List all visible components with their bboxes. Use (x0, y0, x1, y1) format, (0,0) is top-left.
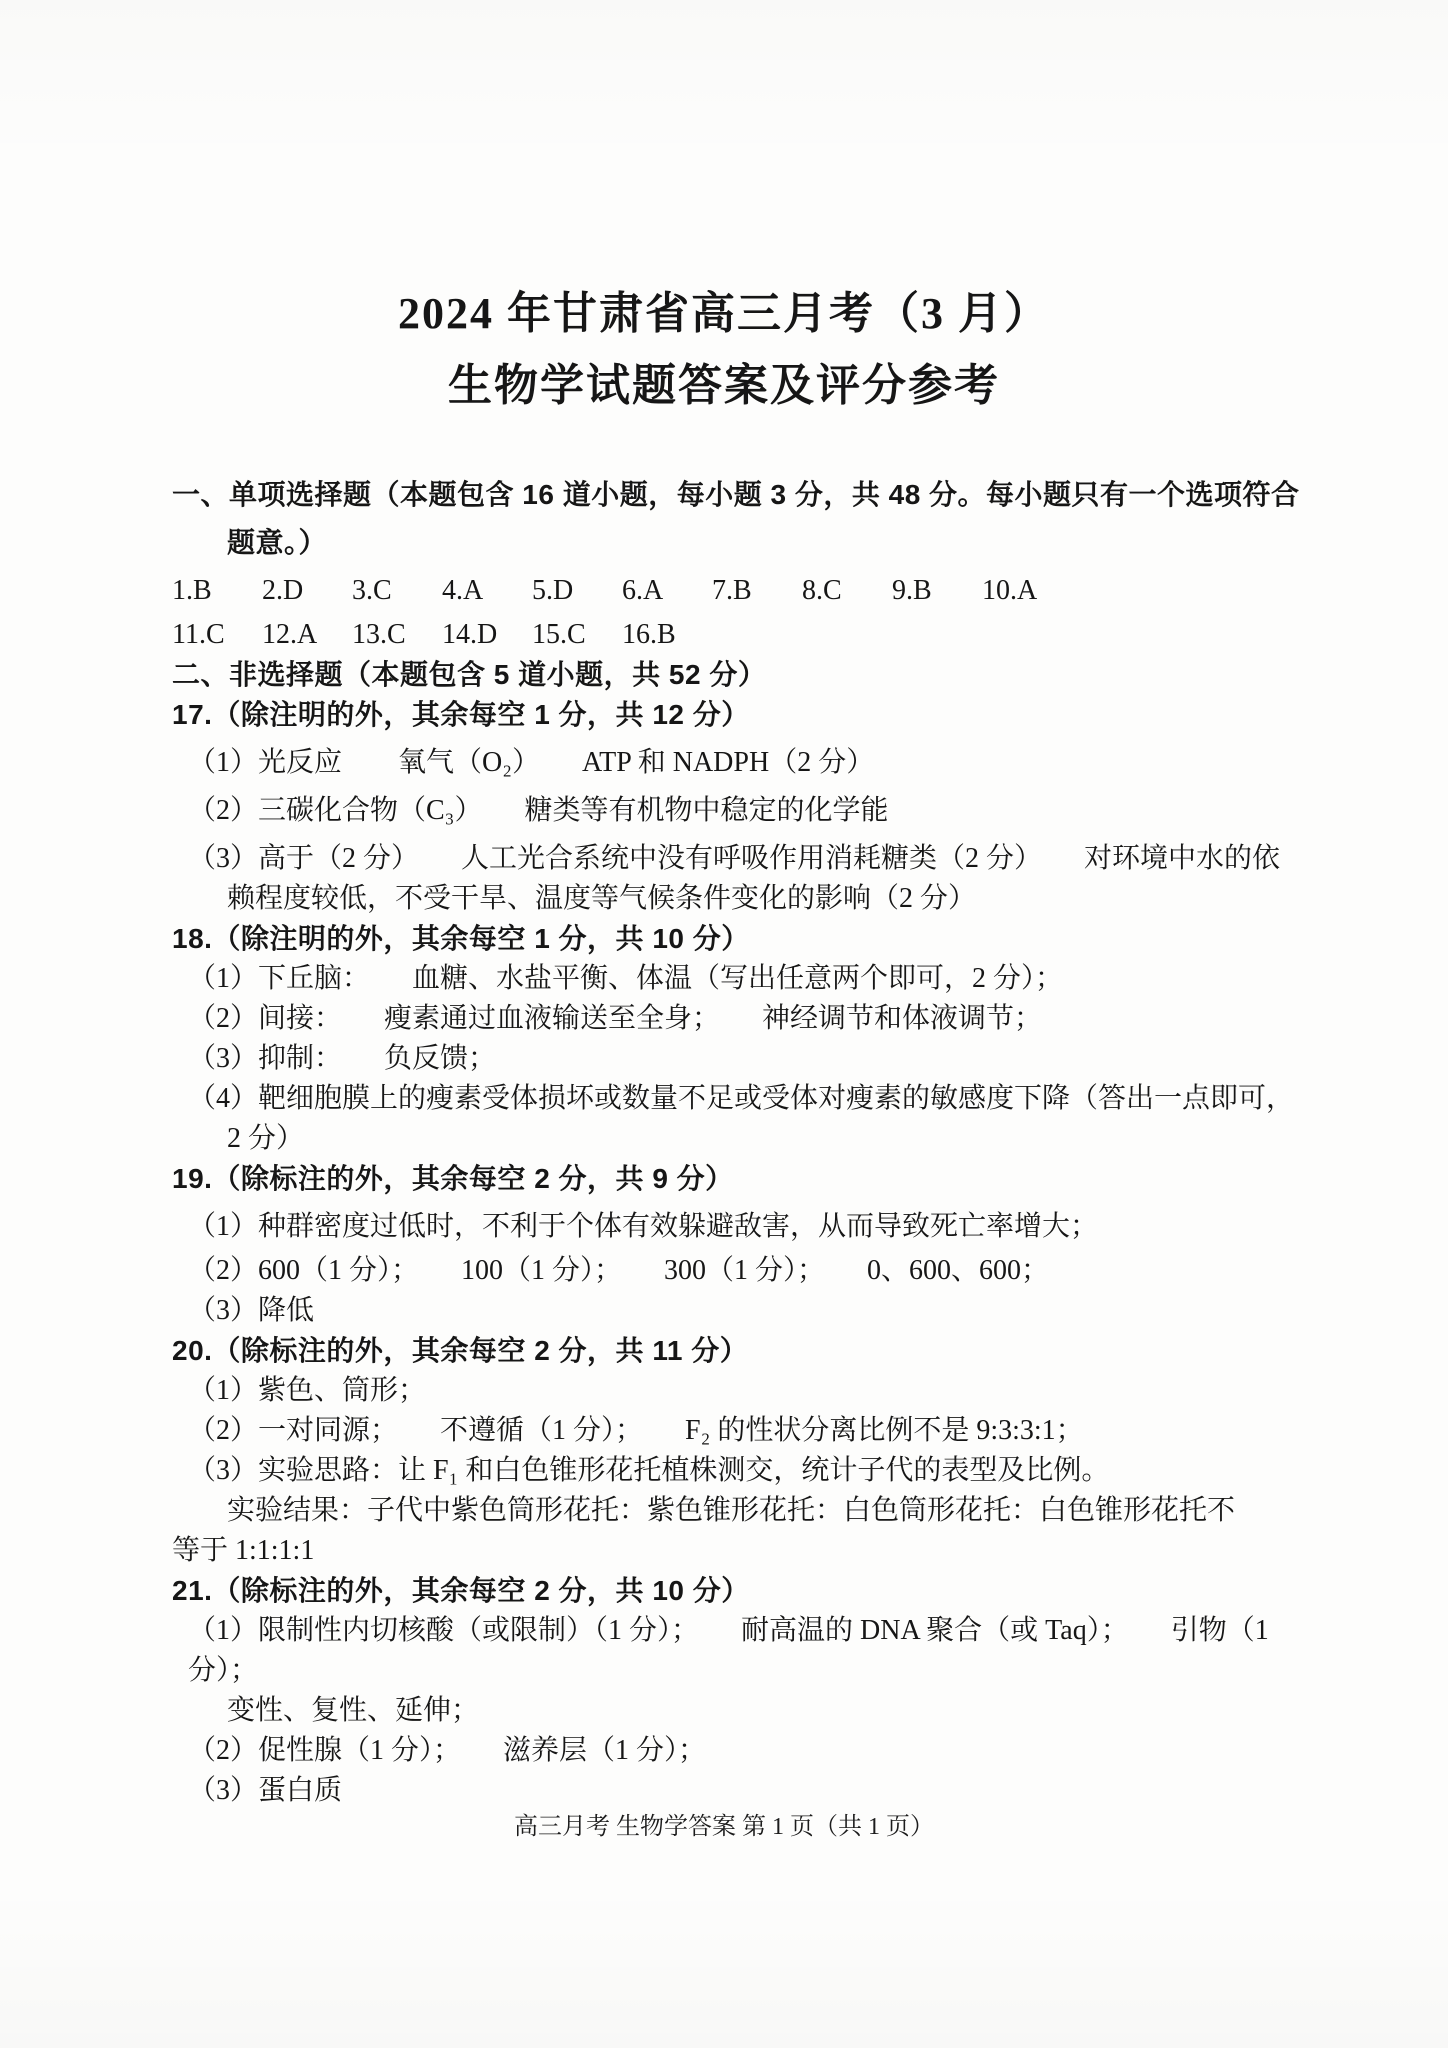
page-footer: 高三月考 生物学答案 第 1 页（共 1 页） (0, 1806, 1448, 1841)
scanned-answer-sheet-page: 2024 年甘肃省高三月考（3 月） 生物学试题答案及评分参考 一、单项选择题（… (0, 0, 1448, 2048)
q19-item-3: （3）降低 (188, 1291, 1328, 1331)
q20-header: 20.（除标注的外，其余每空 2 分，共 11 分） (172, 1331, 1312, 1371)
answer-body: 一、单项选择题（本题包含 16 道小题，每小题 3 分，共 48 分。每小题只有… (0, 475, 1448, 1811)
document-title-line2: 生物学试题答案及评分参考 (0, 357, 1448, 415)
mcq-answer: 11.C (172, 615, 262, 655)
q20-item-1: （1）紫色、筒形； (188, 1371, 1328, 1411)
q21-header: 21.（除标注的外，其余每空 2 分，共 10 分） (172, 1571, 1312, 1611)
mcq-answer: 5.D (532, 571, 622, 611)
mcq-answer: 13.C (352, 615, 442, 655)
mcq-answer: 7.B (712, 571, 802, 611)
mcq-answers-row-2: 11.C12.A13.C14.D15.C16.B (172, 615, 1312, 655)
document-title-line1: 2024 年甘肃省高三月考（3 月） (0, 285, 1448, 343)
q19-item-2: （2）600（1 分）； 100（1 分）； 300（1 分）； 0、600、6… (188, 1251, 1328, 1291)
q18-header: 18.（除注明的外，其余每空 1 分，共 10 分） (172, 919, 1312, 959)
choice-section-heading-cont: 题意。） (227, 523, 1367, 563)
q17-item-2: （2）三碳化合物（C₃） 糖类等有机物中稳定的化学能 (188, 791, 1328, 831)
q17-item-1: （1）光反应 氧气（O₂） ATP 和 NADPH（2 分） (188, 743, 1328, 783)
mcq-answer: 2.D (262, 571, 352, 611)
q17-item-3: （3）高于（2 分） 人工光合系统中没有呼吸作用消耗糖类（2 分） 对环境中水的… (188, 839, 1328, 879)
q21-item-2: （2）促性腺（1 分）； 滋养层（1 分）； (188, 1731, 1328, 1771)
q19-header: 19.（除标注的外，其余每空 2 分，共 9 分） (172, 1159, 1312, 1199)
q18-item-2: （2）间接： 瘦素通过血液输送至全身； 神经调节和体液调节； (188, 999, 1328, 1039)
mcq-answer: 16.B (622, 615, 676, 655)
mcq-answer: 10.A (982, 571, 1037, 611)
mcq-answer: 3.C (352, 571, 442, 611)
q18-item-1: （1）下丘脑： 血糖、水盐平衡、体温（写出任意两个即可，2 分）； (188, 959, 1328, 999)
q17-item-3-continuation: 赖程度较低，不受干旱、温度等气候条件变化的影响（2 分） (227, 879, 1367, 919)
q18-item-4: （4）靶细胞膜上的瘦素受体损坏或数量不足或受体对瘦素的敏感度下降（答出一点即可， (188, 1079, 1328, 1119)
mcq-answer: 15.C (532, 615, 622, 655)
q19-item-1: （1）种群密度过低时，不利于个体有效躲避敌害，从而导致死亡率增大； (188, 1207, 1328, 1247)
q21-item-1-continuation: 变性、复性、延伸； (227, 1691, 1367, 1731)
q20-item-3-continuation-2: 等于 1:1:1:1 (172, 1531, 1312, 1571)
mcq-answers-row-1: 1.B2.D3.C4.A5.D6.A7.B8.C9.B10.A (172, 571, 1312, 611)
choice-section-heading: 一、单项选择题（本题包含 16 道小题，每小题 3 分，共 48 分。每小题只有… (172, 475, 1312, 515)
q20-item-3-continuation-1: 实验结果：子代中紫色筒形花托：紫色锥形花托：白色筒形花托：白色锥形花托不 (227, 1491, 1367, 1531)
q18-item-4-continuation: 2 分） (227, 1119, 1367, 1159)
mcq-answer: 1.B (172, 571, 262, 611)
q21-item-1: （1）限制性内切核酸（或限制）（1 分）； 耐高温的 DNA 聚合（或 Taq）… (188, 1611, 1328, 1691)
mcq-answer: 9.B (892, 571, 982, 611)
q20-item-2: （2）一对同源； 不遵循（1 分）； F₂ 的性状分离比例不是 9:3:3:1； (188, 1411, 1328, 1451)
q17-header: 17.（除注明的外，其余每空 1 分，共 12 分） (172, 695, 1312, 735)
q21-item-3: （3）蛋白质 (188, 1771, 1328, 1811)
free-section-heading: 二、非选择题（本题包含 5 道小题，共 52 分） (172, 655, 1312, 695)
mcq-answer: 6.A (622, 571, 712, 611)
q18-item-3: （3）抑制： 负反馈； (188, 1039, 1328, 1079)
mcq-answer: 8.C (802, 571, 892, 611)
mcq-answer: 14.D (442, 615, 532, 655)
q20-item-3: （3）实验思路：让 F₁ 和白色锥形花托植株测交，统计子代的表型及比例。 (188, 1451, 1328, 1491)
mcq-answer: 4.A (442, 571, 532, 611)
mcq-answer: 12.A (262, 615, 352, 655)
